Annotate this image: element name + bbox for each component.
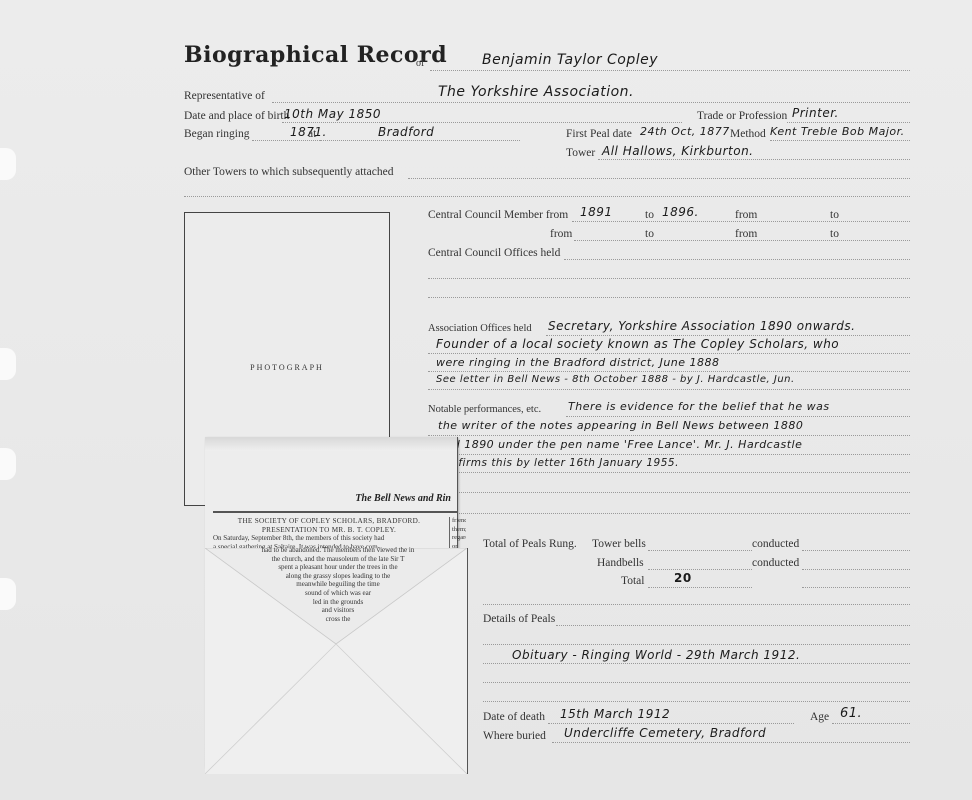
details-label: Details of Peals [483, 613, 555, 625]
punch-hole [0, 148, 16, 180]
clipping-headline-2: PRESENTATION TO MR. B. T. COPLEY. [213, 526, 445, 535]
side-line: them; [452, 526, 466, 535]
birth-value: 10th May 1850 [284, 107, 381, 121]
council-offices-label: Central Council Offices held [428, 247, 560, 259]
details-line-3 [483, 663, 910, 664]
death-date-label: Date of death [483, 711, 545, 723]
council-line-1 [572, 221, 910, 222]
trade-value: Printer. [792, 106, 839, 120]
first-peal-value: 24th Oct, 1877 [640, 125, 730, 138]
punch-hole [0, 448, 16, 480]
council-from-label-4: from [735, 228, 757, 240]
at-value: Bradford [378, 125, 434, 139]
notable-line-3 [428, 454, 910, 455]
details-line-1 [556, 625, 910, 626]
at-line [320, 140, 520, 141]
age-value: 61. [840, 706, 862, 721]
method-value: Kent Treble Bob Major. [770, 125, 905, 138]
peals-divider [483, 604, 910, 605]
details-value: Obituary - Ringing World - 29th March 19… [512, 648, 800, 662]
other-towers-label: Other Towers to which subsequently attac… [184, 166, 393, 178]
notable-line-4 [428, 472, 910, 473]
trade-label: Trade or Profession [697, 110, 787, 122]
of-label: of [416, 58, 424, 69]
representative-line [272, 102, 910, 103]
clipping-masthead: The Bell News and Rin [355, 493, 451, 504]
notable-line-text-1: There is evidence for the belief that he… [568, 400, 830, 413]
notable-line-6 [428, 513, 910, 514]
council-member-label: Central Council Member from [428, 209, 568, 221]
age-line [832, 723, 910, 724]
buried-line [552, 742, 910, 743]
total-line [648, 587, 752, 588]
council-from-value: 1891 [580, 205, 613, 219]
method-label: Method [730, 128, 766, 140]
side-line: friends [452, 517, 466, 526]
method-line [770, 140, 910, 141]
association-line-text-2: Founder of a local society known as The … [436, 337, 839, 351]
clipping-line: cross the [243, 615, 433, 624]
council-from-label-3: from [550, 228, 572, 240]
began-label: Began ringing [184, 128, 249, 140]
offices-line-3 [428, 297, 910, 298]
buried-value: Undercliffe Cemetery, Bradford [564, 726, 766, 740]
photograph-label: PHOTOGRAPH [185, 363, 389, 372]
representative-label: Representative of [184, 90, 265, 102]
at-label: at [308, 128, 316, 140]
total-conducted-line [802, 587, 910, 588]
handbells-line [648, 569, 752, 570]
notable-line-2 [428, 435, 910, 436]
notable-line-text-4: confirms this by letter 16th January 195… [438, 457, 679, 469]
death-date-value: 15th March 1912 [560, 707, 670, 721]
record-title: Biographical Record [184, 42, 447, 68]
association-label: Association Offices held [428, 323, 532, 334]
subject-name: Benjamin Taylor Copley [482, 52, 658, 68]
details-line-2 [483, 644, 910, 645]
offices-line-2 [428, 278, 910, 279]
first-peal-label: First Peal date [566, 128, 632, 140]
envelope-visible-text: had to be abandoned. The members then vi… [243, 546, 433, 623]
details-line-4 [483, 682, 910, 683]
buried-label: Where buried [483, 730, 546, 742]
clipping-line: had to be abandoned. The members then vi… [243, 546, 433, 555]
tower-value: All Hallows, Kirkburton. [602, 144, 753, 158]
notable-line-text-2: the writer of the notes appearing in Bel… [438, 419, 803, 432]
age-label: Age [810, 711, 829, 723]
clipping-line: and visitors [243, 606, 433, 615]
association-line-text-3: were ringing in the Bradford district, J… [436, 356, 720, 369]
notable-line-text-3: and 1890 under the pen name 'Free Lance'… [438, 438, 802, 451]
side-line: regard [452, 534, 466, 543]
council-to-label-2: to [830, 209, 839, 221]
clipping-line: along the grassy slopes leading to the [243, 572, 433, 581]
notable-label: Notable performances, etc. [428, 404, 541, 415]
total-value: 20 [674, 571, 692, 585]
tower-conducted-line [802, 550, 910, 551]
tower-label: Tower [566, 147, 595, 159]
handbells-conducted-label: conducted [752, 557, 799, 569]
council-to-label-4: to [830, 228, 839, 240]
association-line-1 [546, 335, 910, 336]
clipping-headline-1: THE SOCIETY OF COPLEY SCHOLARS, BRADFORD… [213, 517, 445, 526]
total-word-label: Total [621, 575, 644, 587]
tower-conducted-label: conducted [752, 538, 799, 550]
association-line-text-1: Secretary, Yorkshire Association 1890 on… [548, 319, 856, 333]
handbells-label: Handbells [597, 557, 644, 569]
death-date-line [548, 723, 794, 724]
notable-line-5 [428, 492, 910, 493]
council-to-value: 1896. [662, 205, 699, 219]
punch-hole [0, 578, 16, 610]
torn-edge [205, 437, 457, 451]
envelope: had to be abandoned. The members then vi… [205, 548, 468, 774]
name-line [430, 70, 910, 71]
details-line-5 [483, 701, 910, 702]
clipping-line: the church, and the mausoleum of the lat… [243, 555, 433, 564]
association-line-text-4: See letter in Bell News - 8th October 18… [436, 374, 795, 385]
tower-bells-label: Tower bells [592, 538, 646, 550]
handbells-conducted-line [802, 569, 910, 570]
association-line-4 [428, 389, 910, 390]
trade-line [787, 122, 910, 123]
association-line-3 [428, 371, 910, 372]
council-to-label: to [645, 209, 654, 221]
clipping-line: spent a pleasant hour under the trees in… [243, 563, 433, 572]
birth-label: Date and place of birth [184, 110, 289, 122]
association-line-2 [428, 353, 910, 354]
council-from-label-2: from [735, 209, 757, 221]
notable-line-1 [566, 416, 910, 417]
tower-line [598, 159, 910, 160]
council-line-2 [574, 240, 910, 241]
council-to-label-3: to [645, 228, 654, 240]
clipping-rule [213, 511, 457, 513]
tower-bells-line [648, 550, 752, 551]
other-towers-line [408, 178, 910, 179]
other-towers-line-2 [184, 196, 910, 197]
clipping-line: meanwhile beguiling the time [243, 580, 433, 589]
peals-total-label: Total of Peals Rung. [483, 538, 577, 550]
clipping-line: sound of which was ear [243, 589, 433, 598]
clipping-line: led in the grounds [243, 598, 433, 607]
offices-line-1 [564, 259, 910, 260]
clipping-line: On Saturday, September 8th, the members … [213, 534, 445, 543]
punch-hole [0, 348, 16, 380]
record-page: Biographical Record of Benjamin Taylor C… [0, 0, 972, 800]
birth-line [282, 122, 682, 123]
representative-value: The Yorkshire Association. [438, 84, 634, 100]
